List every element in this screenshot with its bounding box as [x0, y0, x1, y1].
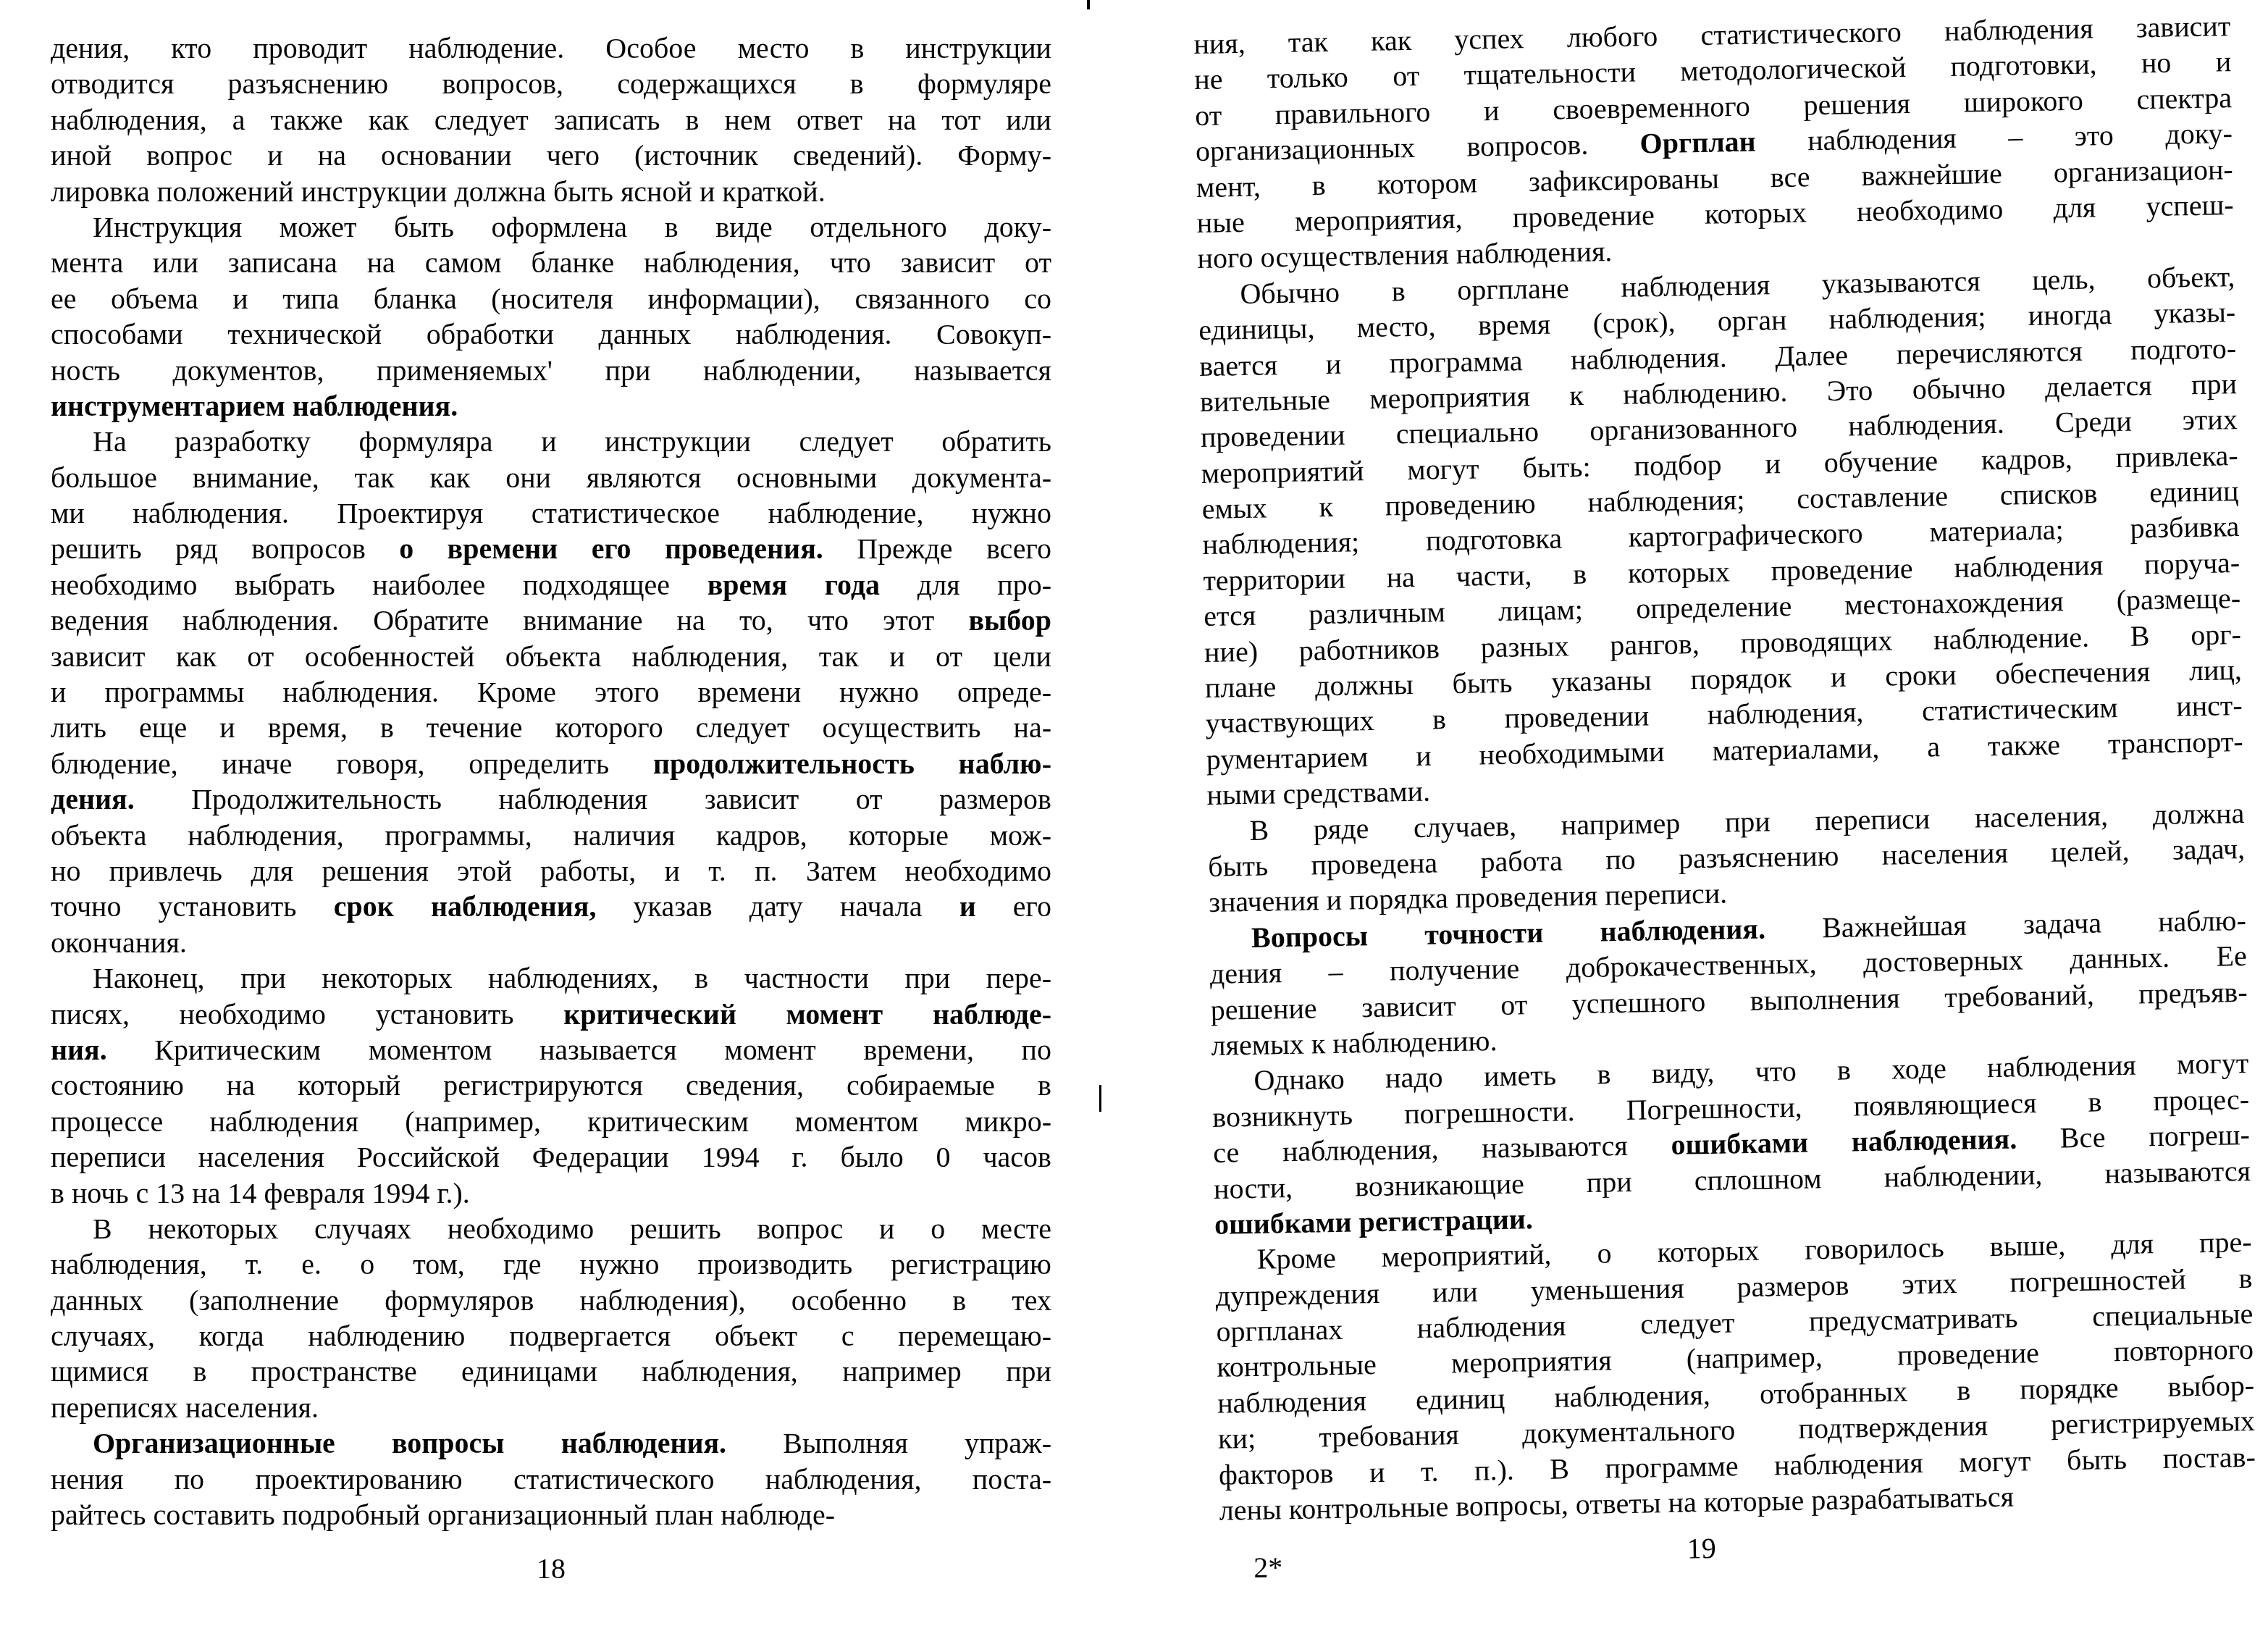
- text-run: лировка положений инструкции должна быть…: [51, 175, 826, 208]
- text-line: Наконец, при некоторых наблюдениях, в ча…: [51, 960, 1051, 996]
- page-number-right: 19: [1687, 1531, 1716, 1566]
- bold-term: Организационные вопросы наблюдения.: [93, 1427, 726, 1459]
- text-line: процессе наблюдения (например, критическ…: [51, 1104, 1051, 1139]
- text-run: На разработку формуляра и инструкции сле…: [93, 425, 1051, 458]
- text-line: наблюдения, т. е. о том, где нужно произ…: [51, 1246, 1051, 1282]
- bold-term: дения.: [51, 783, 135, 816]
- text-line: переписи населения Российской Федерации …: [51, 1139, 1051, 1175]
- scan-artifact-mark-margin: [1099, 1085, 1101, 1112]
- text-line: ность документов, применяемых' при наблю…: [51, 353, 1051, 388]
- text-run: но привлечь для решения этой работы, и т…: [51, 855, 1051, 887]
- text-line: дения, кто проводит наблюдение. Особое м…: [51, 30, 1051, 66]
- text-run: Критическим моментом называется момент в…: [107, 1034, 1051, 1066]
- text-run: мента или записана на самом бланке наблю…: [51, 246, 1051, 279]
- text-run: ее объема и типа бланка (носителя информ…: [51, 282, 1051, 315]
- text-run: лить еще и время, в течение которого сле…: [51, 711, 1051, 744]
- left-page: дения, кто проводит наблюдение. Особое м…: [51, 30, 1051, 1585]
- bold-term: ошибками наблюдения.: [1671, 1123, 2017, 1161]
- scanned-book-spread: { "left_page": { "page_number": "18", "l…: [0, 0, 2268, 1639]
- text-run: Важнейшая задача наблю-: [1765, 904, 2247, 945]
- text-run: ведения наблюдения. Обратите внимание на…: [51, 604, 968, 637]
- text-line: лировка положений инструкции должна быть…: [51, 174, 1051, 209]
- text-run: Продолжительность наблюдения зависит от …: [135, 783, 1051, 816]
- text-run: В некоторых случаях необходимо решить во…: [93, 1212, 1051, 1245]
- text-run: данных (заполнение формуляров наблюдения…: [51, 1284, 1051, 1317]
- bold-term: критический момент наблюде-: [563, 998, 1051, 1031]
- text-line: переписях населения.: [51, 1390, 1051, 1425]
- text-line: лить еще и время, в течение которого сле…: [51, 710, 1051, 745]
- text-line: наблюдения, а также как следует записать…: [51, 102, 1051, 138]
- text-line: окончания.: [51, 925, 1051, 960]
- right-page: ния, так как успех любого статистическог…: [1193, 8, 2258, 1593]
- text-run: способами технической обработки данных н…: [51, 318, 1051, 351]
- text-run: точно установить: [51, 890, 334, 923]
- left-page-text: дения, кто проводит наблюдение. Особое м…: [51, 30, 1051, 1533]
- bold-term: и: [959, 890, 976, 923]
- bold-term: время года: [707, 569, 880, 601]
- text-run: переписи населения Российской Федерации …: [51, 1141, 1051, 1173]
- bold-term: Оргплан: [1639, 125, 1756, 160]
- text-line: инструментарием наблюдения.: [51, 388, 1051, 424]
- text-line: решить ряд вопросов о времени его провед…: [51, 531, 1051, 566]
- text-line: дения. Продолжительность наблюдения зави…: [51, 781, 1051, 817]
- text-run: его: [976, 890, 1051, 923]
- text-run: в ночь с 13 на 14 февраля 1994 г.).: [51, 1177, 470, 1210]
- text-run: наблюдения, т. е. о том, где нужно произ…: [51, 1248, 1051, 1280]
- text-line: но привлечь для решения этой работы, и т…: [51, 853, 1051, 889]
- text-line: мента или записана на самом бланке наблю…: [51, 245, 1051, 280]
- bold-term: продолжительность наблю-: [653, 747, 1051, 780]
- text-line: ми наблюдения. Проектируя статистическое…: [51, 495, 1051, 531]
- text-run: нения по проектированию статистического …: [51, 1463, 1051, 1496]
- text-line: необходимо выбрать наиболее подходящее в…: [51, 567, 1051, 603]
- text-run: переписях населения.: [51, 1391, 319, 1424]
- text-run: организационных вопросов.: [1196, 127, 1640, 168]
- bold-term: срок наблюдения,: [334, 890, 597, 923]
- text-run: случаях, когда наблюдению подвергается о…: [51, 1320, 1051, 1352]
- text-run: необходимо выбрать наиболее подходящее: [51, 569, 707, 601]
- text-line: способами технической обработки данных н…: [51, 317, 1051, 352]
- bold-term: ошибками регистрации.: [1214, 1202, 1534, 1241]
- text-run: ляемых к наблюдению.: [1211, 1024, 1498, 1062]
- text-run: решить ряд вопросов: [51, 532, 399, 565]
- text-run: состоянию на который регистрируются свед…: [51, 1069, 1051, 1102]
- page-number-left: 18: [51, 1551, 1051, 1585]
- text-line: большое внимание, так как они являются о…: [51, 460, 1051, 495]
- text-line: писях, необходимо установить критический…: [51, 997, 1051, 1032]
- text-run: зависит как от особенностей объекта набл…: [51, 640, 1051, 673]
- text-run: писях, необходимо установить: [51, 998, 563, 1031]
- text-line: данных (заполнение формуляров наблюдения…: [51, 1283, 1051, 1318]
- text-run: процессе наблюдения (например, критическ…: [51, 1105, 1051, 1138]
- text-line: и программы наблюдения. Кроме этого врем…: [51, 674, 1051, 710]
- text-run: ми наблюдения. Проектируя статистическое…: [51, 497, 1051, 529]
- text-line: отводится разъяснению вопросов, содержащ…: [51, 66, 1051, 101]
- text-line: объекта наблюдения, программы, наличия к…: [51, 818, 1051, 853]
- text-line: Инструкция может быть оформлена в виде о…: [51, 209, 1051, 245]
- text-run: Выполняя упраж-: [726, 1427, 1051, 1459]
- text-run: наблюдения – это доку-: [1755, 117, 2233, 157]
- text-line: точно установить срок наблюдения, указав…: [51, 889, 1051, 924]
- right-page-text: ния, так как успех любого статистическог…: [1193, 8, 2256, 1528]
- text-run: ными средствами.: [1206, 775, 1430, 811]
- bold-term: выбор: [968, 604, 1051, 637]
- text-run: щимися в пространстве единицами наблюден…: [51, 1355, 1051, 1388]
- text-run: Инструкция может быть оформлена в виде о…: [93, 211, 1051, 243]
- text-run: отводится разъяснению вопросов, содержащ…: [51, 67, 1051, 100]
- text-run: и программы наблюдения. Кроме этого врем…: [51, 676, 1051, 708]
- text-run: райтесь составить подробный организацион…: [51, 1498, 835, 1531]
- text-run: ного осуществления наблюдения.: [1197, 235, 1612, 274]
- text-run: ность документов, применяемых' при наблю…: [51, 354, 1051, 387]
- text-line: ведения наблюдения. Обратите внимание на…: [51, 603, 1051, 638]
- text-run: большое внимание, так как они являются о…: [51, 461, 1051, 494]
- text-run: объекта наблюдения, программы, наличия к…: [51, 819, 1051, 852]
- bold-term: инструментарием наблюдения.: [51, 390, 458, 422]
- text-line: В некоторых случаях необходимо решить во…: [51, 1211, 1051, 1246]
- text-run: Прежде всего: [823, 532, 1051, 565]
- scan-artifact-mark-top: [1087, 0, 1090, 9]
- text-run: Все погреш-: [2017, 1118, 2251, 1155]
- bold-term: ния.: [51, 1034, 107, 1066]
- text-run: окончания.: [51, 926, 187, 959]
- signature-mark: 2*: [1253, 1551, 1283, 1585]
- text-run: дения, кто проводит наблюдение. Особое м…: [51, 32, 1051, 64]
- text-line: в ночь с 13 на 14 февраля 1994 г.).: [51, 1175, 1051, 1211]
- bold-term: о времени его проведения.: [399, 532, 823, 565]
- text-line: ния. Критическим моментом называется мом…: [51, 1032, 1051, 1068]
- text-line: На разработку формуляра и инструкции сле…: [51, 424, 1051, 459]
- text-line: зависит как от особенностей объекта набл…: [51, 639, 1051, 674]
- text-line: блюдение, иначе говоря, определить продо…: [51, 746, 1051, 781]
- text-line: случаях, когда наблюдению подвергается о…: [51, 1318, 1051, 1354]
- text-run: блюдение, иначе говоря, определить: [51, 747, 653, 780]
- text-line: ее объема и типа бланка (носителя информ…: [51, 281, 1051, 317]
- text-run: для про-: [880, 569, 1051, 601]
- text-run: Наконец, при некоторых наблюдениях, в ча…: [93, 962, 1051, 994]
- text-run: указав дату начала: [596, 890, 959, 923]
- text-line: Организационные вопросы наблюдения. Выпо…: [51, 1425, 1051, 1461]
- text-run: се наблюдения, называются: [1213, 1128, 1671, 1169]
- text-line: иной вопрос и на основании чего (источни…: [51, 138, 1051, 173]
- text-run: наблюдения, а также как следует записать…: [51, 104, 1051, 136]
- text-run: иной вопрос и на основании чего (источни…: [51, 139, 1051, 172]
- text-line: нения по проектированию статистического …: [51, 1462, 1051, 1497]
- text-line: щимися в пространстве единицами наблюден…: [51, 1354, 1051, 1389]
- text-line: состоянию на который регистрируются свед…: [51, 1068, 1051, 1103]
- text-line: райтесь составить подробный организацион…: [51, 1497, 1051, 1533]
